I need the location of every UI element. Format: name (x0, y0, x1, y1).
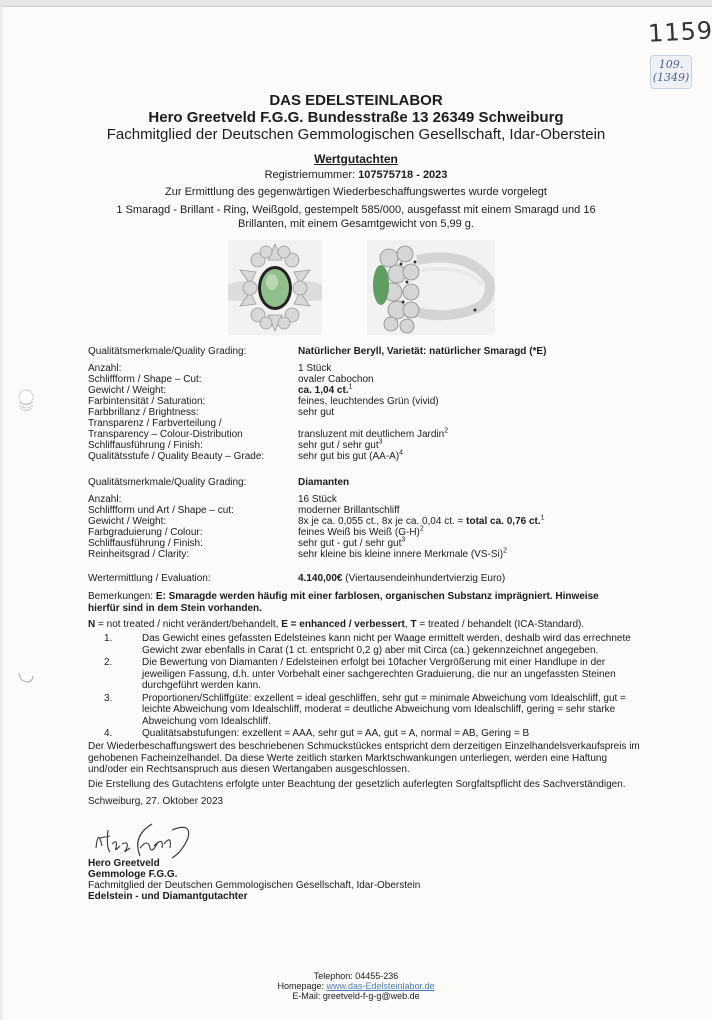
punch-hole-mark (16, 388, 36, 419)
remarks: Bemerkungen: E: Smaragde werden häufig m… (88, 591, 628, 614)
emerald-heading-value: Natürlicher Beryll, Varietät: natürliche… (298, 346, 628, 357)
emerald-row-label: Farbbrillanz / Brightness: (88, 407, 298, 418)
evaluation-value: 4.140,00€ (Viertausendeinhundertvierzig … (298, 573, 628, 584)
intro-text: Zur Ermittlung des gegenwärtigen Wiederb… (0, 186, 712, 198)
diamond-row: Reinheitsgrad / Clarity:sehr kleine bis … (88, 549, 628, 560)
legend-e-key: E = enhanced / verbessert (281, 619, 405, 630)
punch-hole-mark-lower (16, 670, 36, 691)
emerald-row-value: sehr gut bis gut (AA-A)4 (298, 451, 628, 462)
diamond-row: Anzahl:16 Stück (88, 494, 628, 505)
diamond-row-label: Schliffform und Art / Shape – cut: (88, 505, 298, 516)
emerald-rows: Anzahl:1 StückSchliffform / Shape – Cut:… (88, 363, 628, 462)
emerald-row: Transparency – Colour-Distributiontransl… (88, 429, 628, 440)
evaluation-amount: 4.140,00€ (298, 573, 343, 584)
footnote-text: Proportionen/Schliffgüte: exzellent = id… (132, 693, 633, 728)
diamond-row-value: 16 Stück (298, 494, 628, 505)
emerald-row-label: Transparency – Colour-Distribution (88, 429, 298, 440)
diamond-heading-label: Qualitätsmerkmale/Quality Grading: (88, 477, 298, 488)
footnote-text: Die Bewertung von Diamanten / Edelsteine… (132, 657, 633, 692)
remarks-label: Bemerkungen: (88, 591, 156, 602)
footnote-item: 4.Qualitätsabstufungen: exzellent = AAA,… (88, 728, 633, 740)
document-title: Wertgutachten (0, 152, 712, 166)
diamond-heading-value: Diamanten (298, 477, 628, 488)
diamond-grading: Qualitätsmerkmale/Quality Grading: Diama… (88, 477, 628, 584)
signatory-name: Hero Greetveld (88, 858, 628, 869)
signatory-title: Gemmologe F.G.G. (88, 869, 628, 880)
emerald-heading-label: Qualitätsmerkmale/Quality Grading: (88, 346, 298, 357)
legend-n-text: = not treated / nicht verändert/behandel… (95, 619, 281, 630)
diamond-row: Farbgraduierung / Colour:feines Weiß bis… (88, 527, 628, 538)
signatory-membership: Fachmitglied der Deutschen Gemmologische… (88, 880, 628, 891)
diamond-row-label: Farbgraduierung / Colour: (88, 527, 298, 538)
diamond-row: Schliffform und Art / Shape – cut:modern… (88, 505, 628, 516)
diamond-row-value: moderner Brillantschliff (298, 505, 628, 516)
legend-t-text: = treated / behandelt (ICA-Standard). (417, 619, 585, 630)
diamond-row: Gewicht / Weight:8x je ca. 0,055 ct., 8x… (88, 516, 628, 527)
ring-side-photo (367, 240, 495, 335)
homepage-link[interactable]: www.das-Edelsteinlabor.de (326, 981, 434, 991)
diamond-row: Schliffausführung / Finish:sehr gut - gu… (88, 538, 628, 549)
diamond-row-label: Schliffausführung / Finish: (88, 538, 298, 549)
homepage-label: Homepage: (277, 981, 326, 991)
email-label: E-Mail: (292, 991, 323, 1001)
footnotes: 1.Das Gewicht eines gefassten Edelsteine… (88, 633, 633, 741)
handwritten-number: 1159 (647, 16, 712, 47)
scan-top-edge (0, 0, 712, 7)
item-description: 1 Smaragd - Brillant - Ring, Weißgold, g… (110, 203, 602, 231)
emerald-row: Qualitätsstufe / Quality Beauty – Grade:… (88, 451, 628, 462)
diamond-row-value: feines Weiß bis Weiß (G-H)2 (298, 527, 628, 538)
footnote-number: 2. (88, 657, 132, 692)
diamond-row-value: sehr gut - gut / sehr gut3 (298, 538, 628, 549)
emerald-row: Schliffausführung / Finish:sehr gut / se… (88, 440, 628, 451)
emerald-row-label: Schliffform / Shape – Cut: (88, 374, 298, 385)
footnote-number: 1. (88, 633, 132, 656)
emerald-heading-row: Qualitätsmerkmale/Quality Grading: Natür… (88, 346, 628, 357)
registration-label: Registriernummer: (265, 169, 359, 181)
emerald-row: Farbintensität / Saturation:feines, leuc… (88, 396, 628, 407)
emerald-row-value: ca. 1,04 ct.1 (298, 385, 628, 396)
phone-number: 04455-236 (355, 971, 398, 981)
treatment-legend: N = not treated / nicht verändert/behand… (88, 619, 648, 631)
emerald-row-value: transluzent mit deutlichem Jardin2 (298, 429, 628, 440)
archive-stamp: 109. (1349) (650, 55, 692, 89)
emerald-row: Gewicht / Weight:ca. 1,04 ct.1 (88, 385, 628, 396)
emerald-row-value: 1 Stück (298, 363, 628, 374)
emerald-row: Anzahl:1 Stück (88, 363, 628, 374)
footnote-item: 1.Das Gewicht eines gefassten Edelsteine… (88, 633, 633, 656)
footnote-item: 3.Proportionen/Schliffgüte: exzellent = … (88, 693, 633, 728)
emerald-row: Farbbrillanz / Brightness:sehr gut (88, 407, 628, 418)
stamp-line-2: (1349) (651, 71, 691, 84)
diamond-row-label: Gewicht / Weight: (88, 516, 298, 527)
emerald-row-label: Transparenz / Farbverteilung / (88, 418, 298, 429)
evaluation-label: Wertermittlung / Evaluation: (88, 573, 298, 584)
lab-name: DAS EDELSTEINLABOR (0, 92, 712, 109)
emerald-row-value: ovaler Cabochon (298, 374, 628, 385)
diamond-heading-row: Qualitätsmerkmale/Quality Grading: Diama… (88, 477, 628, 488)
emerald-row: Schliffform / Shape – Cut:ovaler Cabocho… (88, 374, 628, 385)
footer-email: E-Mail: greetveld-f-g-g@web.de (0, 991, 712, 1001)
signatory-role: Edelstein - und Diamantgutachter (88, 891, 628, 902)
registration-line: Registriernummer: 107575718 - 2023 (0, 169, 712, 181)
evaluation-amount-words: (Viertausendeinhundertvierzig Euro) (343, 573, 506, 584)
lab-address: Hero Greetveld F.G.G. Bundesstraße 13 26… (0, 109, 712, 126)
phone-label: Telephon: (314, 971, 356, 981)
footer-phone: Telephon: 04455-236 (0, 971, 712, 981)
diligence-statement: Die Erstellung des Gutachtens erfolgte u… (88, 779, 648, 791)
place-date: Schweiburg, 27. Oktober 2023 (88, 796, 628, 808)
emerald-grading: Qualitätsmerkmale/Quality Grading: Natür… (88, 346, 628, 462)
emerald-row-label: Farbintensität / Saturation: (88, 396, 298, 407)
emerald-row-value: feines, leuchtendes Grün (vivid) (298, 396, 628, 407)
stamp-line-1: 109. (651, 58, 691, 71)
emerald-row-value: sehr gut / sehr gut3 (298, 440, 628, 451)
emerald-row-label: Anzahl: (88, 363, 298, 374)
emerald-row-value: sehr gut (298, 407, 628, 418)
registration-number: 107575718 - 2023 (358, 169, 447, 181)
footnote-number: 4. (88, 728, 132, 740)
ring-front-photo (228, 240, 322, 335)
footnote-item: 2.Die Bewertung von Diamanten / Edelstei… (88, 657, 633, 692)
footnote-text: Das Gewicht eines gefassten Edelsteines … (132, 633, 633, 656)
emerald-row-value (298, 418, 628, 429)
diamond-row-label: Reinheitsgrad / Clarity: (88, 549, 298, 560)
emerald-row: Transparenz / Farbverteilung / (88, 418, 628, 429)
diamond-rows: Anzahl:16 StückSchliffform und Art / Sha… (88, 494, 628, 560)
footer-homepage: Homepage: www.das-Edelsteinlabor.de (0, 981, 712, 991)
lab-membership: Fachmitglied der Deutschen Gemmologische… (0, 126, 712, 143)
evaluation-row: Wertermittlung / Evaluation: 4.140,00€ (… (88, 573, 628, 584)
diamond-row-label: Anzahl: (88, 494, 298, 505)
remarks-text: E: Smaragde werden häufig mit einer farb… (88, 591, 599, 614)
diamond-row-value: 8x je ca. 0,055 ct., 8x je ca. 0,04 ct. … (298, 516, 628, 527)
emerald-row-label: Qualitätsstufe / Quality Beauty – Grade: (88, 451, 298, 462)
footnote-number: 3. (88, 693, 132, 728)
signatory-block: Hero Greetveld Gemmologe F.G.G. Fachmitg… (88, 858, 628, 902)
emerald-row-label: Gewicht / Weight: (88, 385, 298, 396)
diamond-row-value: sehr kleine bis kleine innere Merkmale (… (298, 549, 628, 560)
disclaimer: Der Wiederbeschaffungswert des beschrieb… (88, 741, 643, 776)
footnote-text: Qualitätsabstufungen: exzellent = AAA, s… (132, 728, 633, 740)
emerald-row-label: Schliffausführung / Finish: (88, 440, 298, 451)
email-address: greetveld-f-g-g@web.de (323, 991, 420, 1001)
